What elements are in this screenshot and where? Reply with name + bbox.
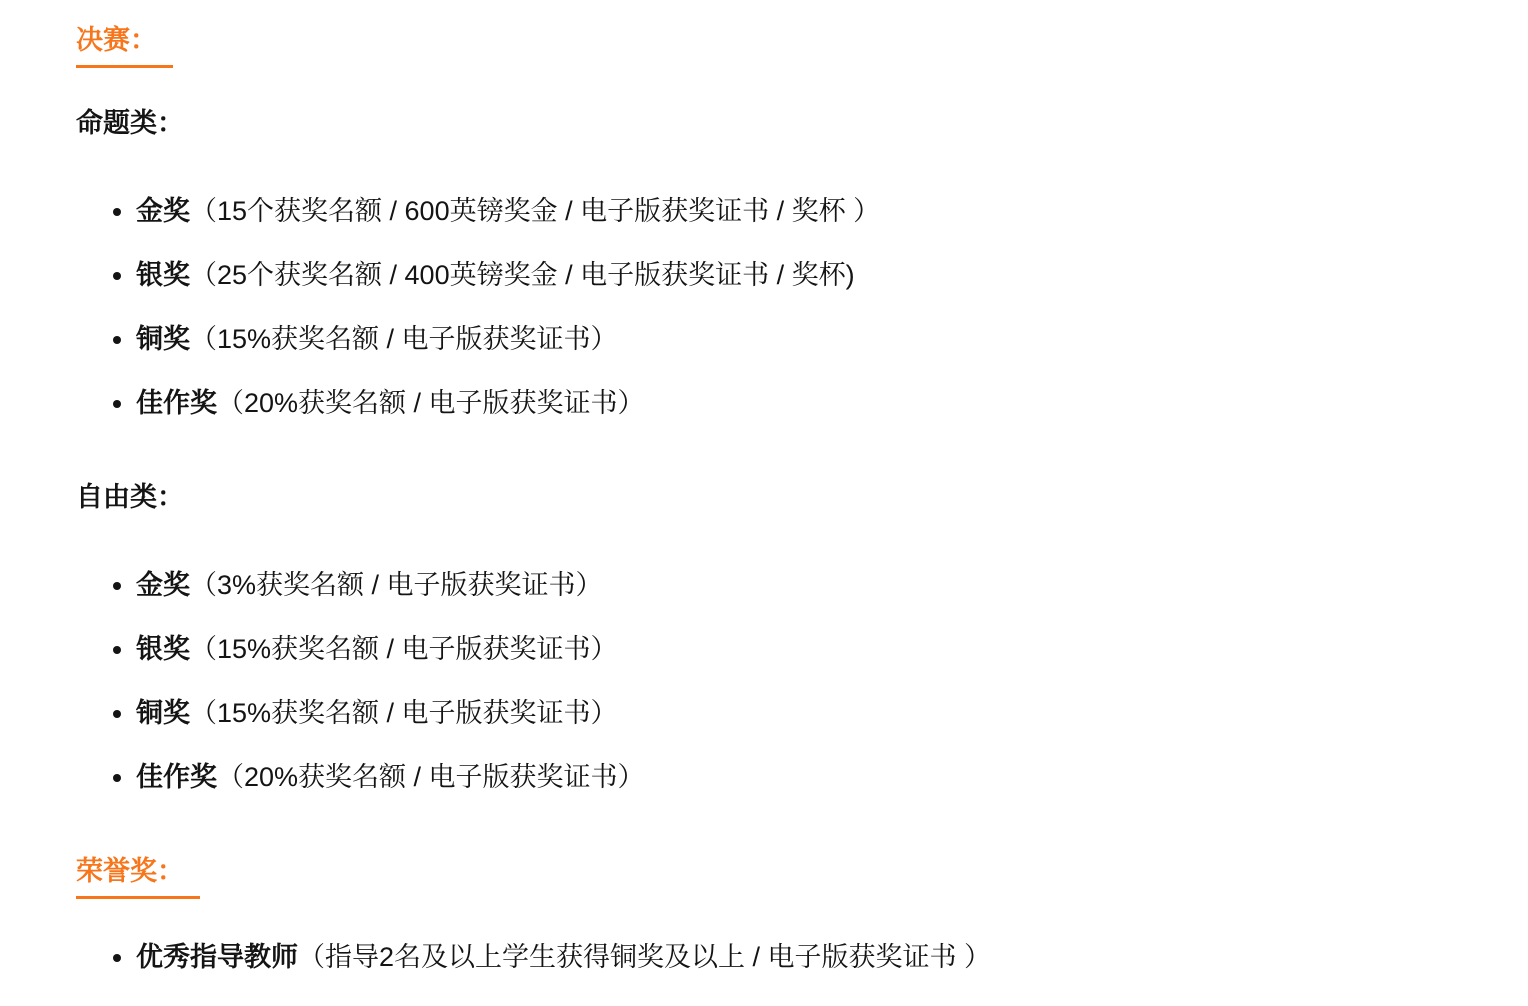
- honors-award-list: 优秀指导教师（指导2名及以上学生获得铜奖及以上 / 电子版获奖证书 ）: [76, 937, 1488, 977]
- award-detail: （3%获奖名额 / 电子版获奖证书）: [190, 570, 603, 600]
- award-detail: （15%获奖名额 / 电子版获奖证书）: [190, 634, 618, 664]
- award-name: 金奖: [136, 196, 190, 226]
- award-detail: （20%获奖名额 / 电子版获奖证书）: [217, 388, 645, 418]
- award-name: 银奖: [136, 260, 190, 290]
- award-detail: （15个获奖名额 / 600英镑奖金 / 电子版获奖证书 / 奖杯 ）: [190, 196, 880, 226]
- honors-heading-link[interactable]: 荣誉奖：: [76, 851, 200, 899]
- list-item: 银奖（25个获奖名额 / 400英镑奖金 / 电子版获奖证书 / 奖杯): [136, 255, 1488, 295]
- award-detail: （15%获奖名额 / 电子版获奖证书）: [190, 324, 618, 354]
- list-item: 佳作奖（20%获奖名额 / 电子版获奖证书）: [136, 757, 1488, 797]
- award-name: 铜奖: [136, 324, 190, 354]
- award-detail: （25个获奖名额 / 400英镑奖金 / 电子版获奖证书 / 奖杯): [190, 260, 855, 290]
- award-detail: （20%获奖名额 / 电子版获奖证书）: [217, 762, 645, 792]
- award-name: 佳作奖: [136, 762, 217, 792]
- award-name: 优秀指导教师: [136, 942, 298, 972]
- finals-heading: 决赛：: [76, 20, 1488, 68]
- honors-heading: 荣誉奖：: [76, 851, 1488, 899]
- themed-award-list: 金奖（15个获奖名额 / 600英镑奖金 / 电子版获奖证书 / 奖杯 ） 银奖…: [76, 191, 1488, 423]
- list-item: 金奖（15个获奖名额 / 600英镑奖金 / 电子版获奖证书 / 奖杯 ）: [136, 191, 1488, 231]
- award-name: 金奖: [136, 570, 190, 600]
- award-detail: （指导2名及以上学生获得铜奖及以上 / 电子版获奖证书 ）: [298, 942, 991, 972]
- award-name: 铜奖: [136, 698, 190, 728]
- list-item: 金奖（3%获奖名额 / 电子版获奖证书）: [136, 565, 1488, 605]
- free-category-heading: 自由类：: [76, 477, 1488, 517]
- free-award-list: 金奖（3%获奖名额 / 电子版获奖证书） 银奖（15%获奖名额 / 电子版获奖证…: [76, 565, 1488, 797]
- award-detail: （15%获奖名额 / 电子版获奖证书）: [190, 698, 618, 728]
- finals-heading-link[interactable]: 决赛：: [76, 20, 173, 68]
- article-content: 决赛： 命题类： 金奖（15个获奖名额 / 600英镑奖金 / 电子版获奖证书 …: [0, 0, 1528, 977]
- award-name: 佳作奖: [136, 388, 217, 418]
- list-item: 银奖（15%获奖名额 / 电子版获奖证书）: [136, 629, 1488, 669]
- list-item: 铜奖（15%获奖名额 / 电子版获奖证书）: [136, 319, 1488, 359]
- list-item: 佳作奖（20%获奖名额 / 电子版获奖证书）: [136, 383, 1488, 423]
- list-item: 铜奖（15%获奖名额 / 电子版获奖证书）: [136, 693, 1488, 733]
- list-item: 优秀指导教师（指导2名及以上学生获得铜奖及以上 / 电子版获奖证书 ）: [136, 937, 1488, 977]
- themed-category-heading: 命题类：: [76, 103, 1488, 143]
- award-name: 银奖: [136, 634, 190, 664]
